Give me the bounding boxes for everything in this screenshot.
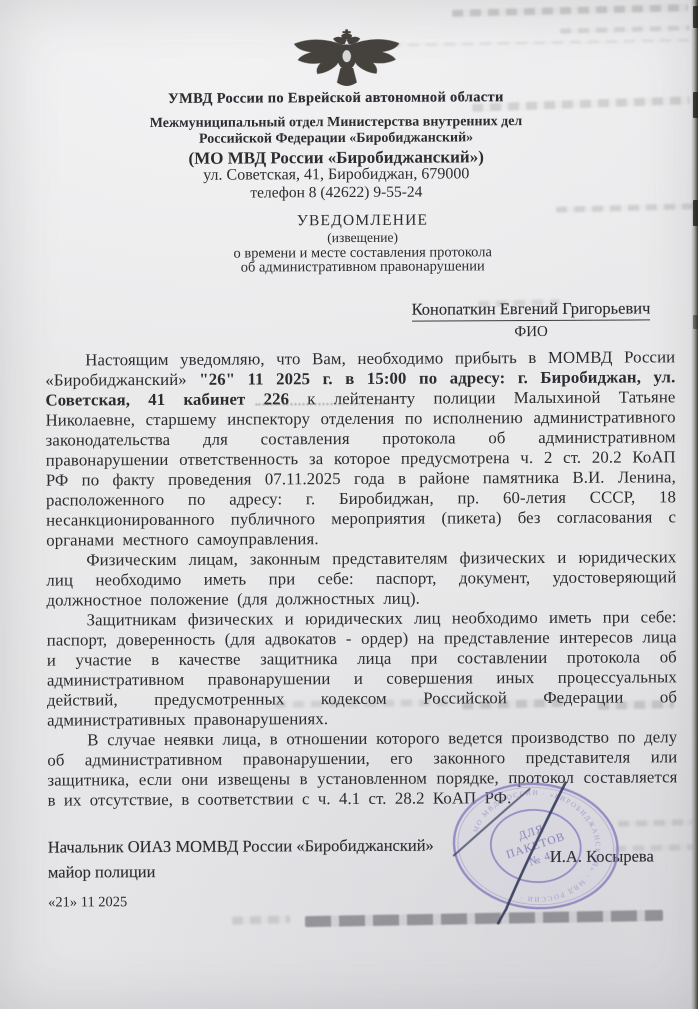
recipient-name-label: ФИО [395,323,667,341]
pen-signature [431,766,652,937]
recipient-name: Конопаткин Евгений Григорьевич [412,298,651,321]
paragraph-individuals-requirements: Физическим лицам, законным представителя… [46,547,676,610]
signature-stroke-main [497,783,566,923]
paper-sheet: УМВД России по Еврейской автономной обла… [0,0,698,1009]
org-name-full: Межмуниципальный отдел Министерства внут… [0,113,674,149]
org-name-region: УМВД России по Еврейской автономной обла… [0,88,674,109]
paragraph-summons: Настоящим уведомляю, что Вам, необходимо… [45,347,676,550]
summons-details: к лейтенанту полиции Малыхиной Татьяне Н… [46,387,677,549]
paragraph-defenders-requirements: Защитникам физических и юридических лиц … [47,607,678,730]
org-phone: телефон 8 (42622) 9-55-24 [0,182,674,204]
signatory-position: Начальник ОИАЗ МОМВД России «Биробиджанс… [48,836,434,858]
document-date: «21» 11 2025 [48,894,127,911]
mvd-eagle-emblem-icon [288,28,408,89]
signature-stroke-secondary [453,789,529,855]
signatory-rank: майор полиции [48,862,156,883]
document-page: УМВД России по Еврейской автономной обла… [0,0,698,1009]
recipient-block: Конопаткин Евгений Григорьевич ФИО [395,298,667,341]
body-text: Настоящим уведомляю, что Вам, необходимо… [45,347,677,810]
notice-subject-line2: об административном правонарушении [29,257,697,277]
